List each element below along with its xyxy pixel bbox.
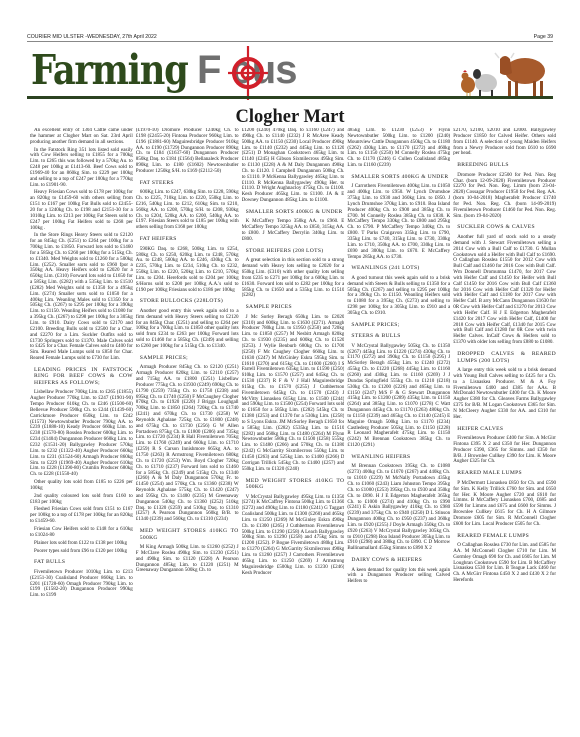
section-heading: WEANLINGS (241 lots)	[351, 265, 450, 272]
section-heading: SUCKLER COWS & CALVES	[457, 224, 556, 231]
section-heading: FAT STEERS	[140, 180, 239, 187]
paragraph: V McCrystal Ballygawley 505kg Ch. to £13…	[347, 344, 450, 449]
paragraph: £2170, £2100, £2010 and £2000. Ballygawl…	[453, 128, 556, 157]
section-heading: FAT HEIFERS	[140, 236, 239, 243]
section-heading: MED WEIGHT STORES 410KG TO 500KG	[140, 528, 239, 541]
section-heading: LEADING PRICES IN FATSTOCK RING FOR BEEF…	[34, 367, 133, 387]
paragraph: Fivemiletown Producer £400 for Sim. A Mc…	[453, 436, 556, 465]
section-heading: SMALLER SORTS 400KG & UNDER	[351, 174, 450, 181]
section-heading: SAMPLE PRICES;	[351, 322, 450, 329]
paragraph: Dromore Producer £2500 for Ped. Non. Reg…	[453, 173, 556, 220]
paragraph: (£1970-10) Dromore Producer 1240kg Ch. t…	[136, 128, 239, 175]
farm-animals-illustration-icon	[453, 41, 553, 101]
paragraph: Another full yard of stock sold to a ste…	[453, 235, 556, 346]
article-column: £1200 (£240) 470kg Daq. to £1160 (£247) …	[242, 128, 345, 733]
paragraph: Friesian Cow Heifers sold to £148 for a …	[30, 527, 133, 539]
article-body: An excellent entry of 1304 Cattle came u…	[30, 128, 556, 733]
section-heading: HEIFER CALVES	[457, 426, 556, 433]
article-column: 485kg Lim. to £1230 (£253) F Flynn Newto…	[347, 128, 450, 733]
article-column: (£1970-10) Dromore Producer 1240kg Ch. t…	[136, 128, 239, 733]
section-heading: DROPPED CALVES & REARED LUMPS (200 lots)	[457, 351, 556, 364]
paragraph: A good turnout this week again sold to a…	[347, 276, 450, 317]
article-column: £2170, £2100, £2010 and £2000. Ballygawl…	[453, 128, 556, 733]
paragraph: V McCrystal Ballygawley 495kg Lim. to £1…	[242, 495, 345, 577]
section-heading: FAT BULLS	[34, 559, 133, 566]
paragraph: Armagh Producer 845kg Ch. to £2120 (£251…	[136, 365, 239, 523]
paragraph: In the Store Rings Heavy Steers sold to …	[30, 233, 133, 362]
paragraph: In the Fatstock Ring 351 lots listed sol…	[30, 148, 133, 189]
paragraph: Heavy Friesian Cows sold to £178 per 100…	[30, 190, 133, 231]
paragraph: Lisbellaw Producer 700kg Lim. to £265 (£…	[30, 390, 133, 478]
paragraph: K McCaffery Tempo 350kg AA. to £960. E M…	[242, 219, 345, 242]
paragraph: J Mc Sorley Beragh 650kg Lim. to £2020 (…	[242, 315, 345, 473]
article-column: An excellent entry of 1304 Cattle came u…	[30, 128, 133, 733]
article-headline: Clogher Mart	[0, 107, 580, 128]
paragraph: 2nd quality coloured lots sold from £160…	[30, 494, 133, 506]
paragraph: An excellent entry of 1304 Cattle came u…	[30, 128, 133, 146]
paragraph: Other quality lots sold from £185 to £22…	[30, 480, 133, 492]
masthead-farming-word: Farming	[31, 45, 187, 95]
section-heading: SAMPLE PRICES	[246, 304, 345, 311]
paragraph: A large entry this week sold to a brisk …	[453, 368, 556, 421]
section-heading: WEANLING HEIFERS	[351, 454, 450, 461]
section-heading: SAMPLE PRICES;	[140, 355, 239, 362]
section-heading: REARED FEMALE LUMPS	[457, 533, 556, 540]
page-number: Page 39	[534, 34, 553, 40]
paragraph: 600Kg Lim. to £247, 630kg Sim. to £228, …	[136, 190, 239, 231]
section-heading: BREEDING BULLS	[457, 162, 556, 169]
section-heading: STORE HEIFERS (208 lots)	[246, 248, 345, 255]
paragraph: A great selection in this section sold t…	[242, 258, 345, 299]
paragraph: 485kg Lim. to £1230 (£253) F Flynn Newto…	[347, 128, 450, 169]
section-heading: REARED MALE LUMPS	[457, 470, 556, 477]
paragraph: 590KG Daq. to £268, 500kg Lim. to £254, …	[136, 247, 239, 294]
paragraph: Plainer lots sold from £122 to £138 per …	[30, 541, 133, 547]
paragraph: A keen demand for quality lots this week…	[347, 568, 450, 586]
section-heading: SMALLER SORTS 400KG & UNDER	[246, 209, 345, 216]
crosshair-target-icon	[226, 46, 270, 100]
paragraph: P McDermott Lisnaskea £850 for Ch. and £…	[453, 481, 556, 528]
paragraph: O Callaghan Rosslea £730 for Lim. and £5…	[453, 543, 556, 584]
paragraph: Fleshed Friesian Cows sold from £151 to …	[30, 507, 133, 525]
publication-dateline: COURIER MID ULSTER -WEDNESDAY, 27th Apri…	[27, 34, 157, 40]
section-heading: DAIRY COWS & HEIFERS	[351, 557, 450, 564]
paragraph: J Carrothers Fivemiletown 400kg Lim. to …	[347, 184, 450, 260]
masthead: Farming F cus	[27, 44, 553, 100]
paragraph: M Brennan Cookstown 395kg Ch. to £1080 (…	[347, 464, 450, 552]
paragraph: Another good entry this week again sold …	[136, 309, 239, 350]
paragraph: £1200 (£240) 470kg Daq. to £1160 (£247) …	[242, 128, 345, 204]
paragraph: M King Armagh 500kg Lim. to £1260 (£252)…	[136, 545, 239, 574]
masthead-rule	[27, 96, 553, 99]
section-heading: STORE BULLOCKS (228lots)	[140, 298, 239, 305]
section-heading: MED WEIGHT STORES 410KG TO 500KG	[246, 478, 345, 491]
paragraph: Fivemiletown Producer 1010kg Lim. to £21…	[30, 570, 133, 599]
section-heading: STEERS & BULLS	[351, 333, 450, 340]
paragraph: Poorer types sold from £96 to £120 per 1…	[30, 549, 133, 555]
